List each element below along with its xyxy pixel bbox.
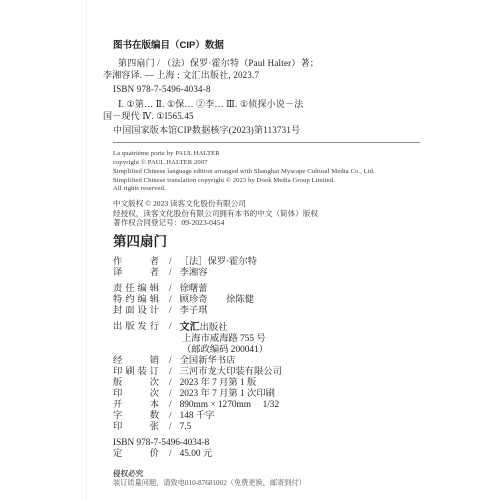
cip-class-line2: 国－现代 Ⅳ. ①I565.45 [103,110,428,122]
pub-row-price: 定价 / 45.00 元 [113,449,428,460]
pub-row-publisher: 出版发行 / 文汇出版社 [113,322,428,334]
row-slash: / [169,422,172,433]
cip-header: 图书在版编目（CIP）数据 [113,40,428,52]
row-slash: / [169,284,172,295]
publisher-name-rest: 出版社 [200,323,228,333]
row-slash: / [169,449,172,460]
row-slash: / [169,306,172,317]
binding-quality-notice: 装订质量问题，请致电010-87681002（免费更换，邮寄到付） [113,479,428,489]
row-slash: / [169,295,172,306]
pub-row-cover-design: 封面设计 / 李子琪 [113,306,428,317]
row-value: 45.00 元 [180,449,428,460]
row-value: 文汇出版社 [180,322,428,334]
publisher-logo: 文汇 [180,322,200,333]
row-slash: / [169,411,172,422]
row-slash: / [169,268,172,279]
pub-row-editor: 责任编辑 / 徐曙蕾 [113,284,428,295]
copyright-en-line: copyright © PAUL HALTER 2007 [113,159,428,168]
row-label: 特约编辑 [113,295,159,306]
row-label: 印刷装订 [113,367,159,378]
copyright-en-line: Simplified Chinese language edition arra… [113,168,428,177]
copyright-chinese-block: 中文版权 © 2023 读客文化股份有限公司 经授权，读客文化股份有限公司拥有本… [113,199,428,228]
cip-record-line2: 李湘容译. — 上海 : 文汇出版社, 2023.7 [103,69,428,81]
row-value: 顾珍奇 徐陈健 [180,295,428,306]
row-slash: / [169,400,172,411]
row-label: 译者 [113,268,159,279]
row-value: 全国新华书店 [180,356,428,367]
row-value: 李子琪 [180,306,428,317]
publisher-address-line1: 上海市威海路 755 号 [113,334,428,345]
pub-row-distributor: 经销 / 全国新华书店 [113,356,428,367]
book-title: 第四扇门 [113,234,428,250]
copyright-english-block: La quatrième porte by PAUL HALTER copyri… [113,150,428,194]
row-slash: / [169,378,172,389]
publication-details: 作者 / ［法］保罗·霍尔特 译者 / 李湘容 责任编辑 / 徐曙蕾 特约编辑 … [113,257,428,460]
row-slash: / [169,257,172,268]
row-label: 经销 [113,356,159,367]
row-slash: / [169,389,172,400]
row-label: 责任编辑 [113,284,159,295]
row-value: 2023 年 7 月第 1 次印刷 [180,389,428,400]
row-label: 封面设计 [113,306,159,317]
section-divider [113,142,420,143]
row-label: 出版发行 [113,322,159,334]
row-label: 版次 [113,378,159,389]
pub-row-translator: 译者 / 李湘容 [113,268,428,279]
row-label: 字数 [113,411,159,422]
row-value: 徐曙蕾 [180,284,428,295]
book-isbn: ISBN 978-7-5496-4034-8 [113,438,428,449]
page-edge [86,0,87,500]
cip-record-line1: 第四扇门 / （法）保罗·霍尔特（Paul Halter）著； [113,57,428,69]
cip-isbn-line: ISBN 978-7-5496-4034-8 [113,83,428,95]
row-slash: / [169,367,172,378]
row-label: 开本 [113,400,159,411]
copyright-zh-line: 著作权合同登记号：09-2023-0454 [113,218,428,228]
pub-row-printing: 印次 / 2023 年 7 月第 1 次印刷 [113,389,428,400]
copyright-zh-line: 中文版权 © 2023 读客文化股份有限公司 [113,199,428,209]
piracy-notice-title: 侵权必究 [113,469,428,479]
pub-row-sheets: 印张 / 7.5 [113,422,428,433]
copyright-en-line: Simplified Chinese translation copyright… [113,177,428,186]
row-value: 890mm × 1270mm 1/32 [180,400,428,411]
row-label: 定价 [113,449,159,460]
pub-row-contributing-editor: 特约编辑 / 顾珍奇 徐陈健 [113,295,428,306]
publisher-address-line2: （邮政编码 200041） [113,345,428,356]
row-label: 印次 [113,389,159,400]
pub-row-printer: 印刷装订 / 三河市龙大印装有限公司 [113,367,428,378]
piracy-notice-block: 侵权必究 装订质量问题，请致电010-87681002（免费更换，邮寄到付） [113,469,428,489]
row-value: 148 千字 [180,411,428,422]
row-label: 印张 [113,422,159,433]
row-slash: / [169,322,172,334]
copyright-en-line: All rights reserved. [113,185,428,194]
row-value: ［法］保罗·霍尔特 [180,257,428,268]
pub-row-author: 作者 / ［法］保罗·霍尔特 [113,257,428,268]
page-content: 图书在版编目（CIP）数据 第四扇门 / （法）保罗·霍尔特（Paul Halt… [113,40,428,488]
row-value: 2023 年 7 月第 1 版 [180,378,428,389]
copyright-en-line: La quatrième porte by PAUL HALTER [113,150,428,159]
row-label: 作者 [113,257,159,268]
pub-row-word-count: 字数 / 148 千字 [113,411,428,422]
pub-row-edition: 版次 / 2023 年 7 月第 1 版 [113,378,428,389]
row-slash: / [169,356,172,367]
row-value: 三河市龙大印装有限公司 [180,367,428,378]
pub-row-format: 开本 / 890mm × 1270mm 1/32 [113,400,428,411]
row-value: 李湘容 [180,268,428,279]
copyright-zh-line: 经授权，读客文化股份有限公司拥有本书的中文（简体）版权 [113,209,428,219]
cip-registry-line: 中国国家版本馆CIP数据核字(2023)第113731号 [113,124,428,136]
row-value: 7.5 [180,422,428,433]
cip-class-line1: Ⅰ. ①第… Ⅱ. ①保… ②李… Ⅲ. ①侦探小说－法 [113,98,428,110]
copyright-page: 图书在版编目（CIP）数据 第四扇门 / （法）保罗·霍尔特（Paul Halt… [0,0,500,500]
cip-block: 图书在版编目（CIP）数据 第四扇门 / （法）保罗·霍尔特（Paul Halt… [113,40,428,136]
